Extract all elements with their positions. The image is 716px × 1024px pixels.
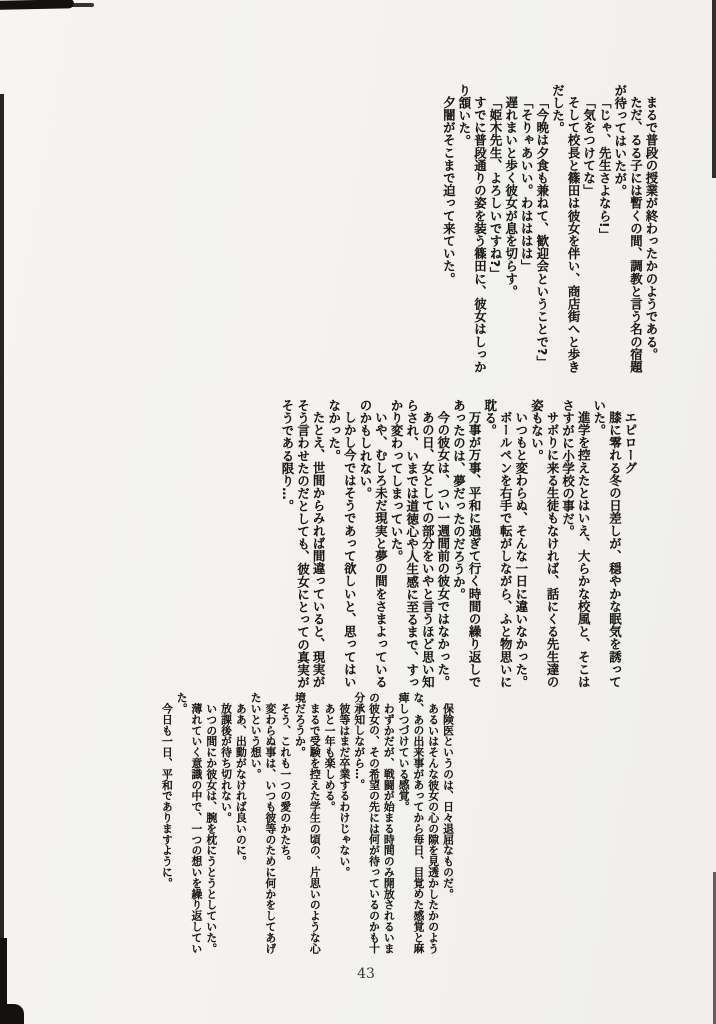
paragraph: 夕闇がそこまで迫って来ていた。: [441, 84, 457, 376]
page-number: 43: [338, 966, 394, 982]
epilogue-heading: エピローグ: [622, 399, 638, 691]
paragraph: 薄れていく意識の中で、一つの想いを繰り返していた。: [174, 692, 204, 956]
paragraph: いつの間にか彼女は、腕を枕にうとうとしていた。: [203, 692, 218, 956]
paragraph: 万事が万事、平和に過ぎて行く時間の繰り返しであったのは、夢だったのだろうか。: [451, 399, 482, 691]
paragraph: ああ、出動がなければ良いのに。: [233, 692, 248, 956]
scan-artifact-bottom-left-corner: [0, 1004, 24, 1024]
paragraph: ボールペンを右手で転がしながら、ふと物思いに耽る。: [482, 399, 513, 691]
paragraph: すでに普段通りの姿を装う篠田に、彼女はしっかり頷いた。: [456, 84, 487, 376]
scanned-book-page: { "page": { "number": "43", "paper_color…: [0, 0, 716, 1024]
paragraph: あの日、女としての部分をいやと言うほど思い知らされ、いまでは道徳心や人生感に至る…: [389, 399, 436, 691]
paragraph: あと一年も楽しめる。: [322, 692, 337, 956]
paragraph: 「今晩は夕食も兼ねて、歓迎会ということで?」: [534, 84, 550, 376]
paragraph: 放課後が待ち切れない。: [218, 692, 233, 956]
paragraph: 膝に零れる冬の日差しが、穏やかな眠気を誘っていた。: [591, 399, 622, 691]
paragraph: 遅れまいと歩く彼女が息を切らす。: [503, 84, 519, 376]
paragraph: いや、むしろ未だ現実と夢の間をさまよっているのかもしれない。: [357, 399, 388, 691]
paragraph: たとえ、世間からみれば間違っていると、現実がそう言わせたのだとしても、彼女にとっ…: [279, 399, 326, 691]
paragraph: まるで普段の授業が終わったかのようである。: [643, 84, 659, 376]
paragraph: あるいはそんな彼女の心の隙を見透かしたかのような、あの出来事があってから毎日、目…: [396, 692, 440, 956]
paragraph: 彼等はまだ卒業するわけじゃない。: [337, 692, 352, 956]
paragraph: ただ、るる子には暫くの間、調教と言う名の宿題が待ってはいたが。: [612, 84, 643, 376]
paragraph: サボりに来る生徒もなければ、話にくる先生達の姿もない。: [529, 399, 560, 691]
scan-artifact-left-edge: [0, 94, 4, 944]
paragraph: 今の彼女は、つい一週間前の彼女ではなかった。: [435, 399, 451, 691]
paragraph: 「姫木先生、よろしいですね?」: [487, 84, 503, 376]
pre-epilogue-text-block: まるで普段の授業が終わったかのようである。ただ、るる子には暫くの間、調教と言う名…: [441, 84, 659, 376]
paragraph: そう、これも一つの愛のかたち。: [277, 692, 292, 956]
paragraph: 保険医というのは、日々退屈なものだ。: [440, 692, 455, 956]
paragraph: しかし今ではそうであって欲しいと、思ってはいなかった。: [326, 399, 357, 691]
paragraph: 変わらぬ事は、いつも彼等のために何かをしてあげたいという想い。: [248, 692, 278, 956]
paragraph: 進学を控えたとはいえ、大らかな校風と、そこはさすがに小学校の事だ。: [560, 399, 591, 691]
paragraph: いつもと変わらぬ、そんな一日に違いなかった。: [513, 399, 529, 691]
epilogue-continued-text-block: 保険医というのは、日々退屈なものだ。あるいはそんな彼女の心の隙を見透かしたかのよ…: [159, 692, 455, 956]
paragraph: 「気をつけてな」: [581, 84, 597, 376]
paragraph: 「じゃ、先生さよなら!」: [597, 84, 613, 376]
paragraph: まるで受験を控えた学生の頃の、片思いのような心境だろうか。: [292, 692, 322, 956]
scan-artifact-top-left-tail: [60, 3, 94, 7]
paragraph: そして校長と篠田は彼女を伴い、商店街へと歩きだした。: [550, 84, 581, 376]
paragraph: わずかだが、戦闘が始まる時間のみ開放されるいまの彼女の、その希望の先には何が待っ…: [351, 692, 395, 956]
paragraph: 今日も一日、平和でありますように。: [159, 692, 174, 956]
epilogue-text-block: エピローグ 膝に零れる冬の日差しが、穏やかな眠気を誘っていた。進学を控えたとはい…: [279, 399, 638, 691]
paragraph: 「そりゃあいい。わはははは」: [519, 84, 535, 376]
scan-artifact-right-top: [712, 0, 716, 178]
